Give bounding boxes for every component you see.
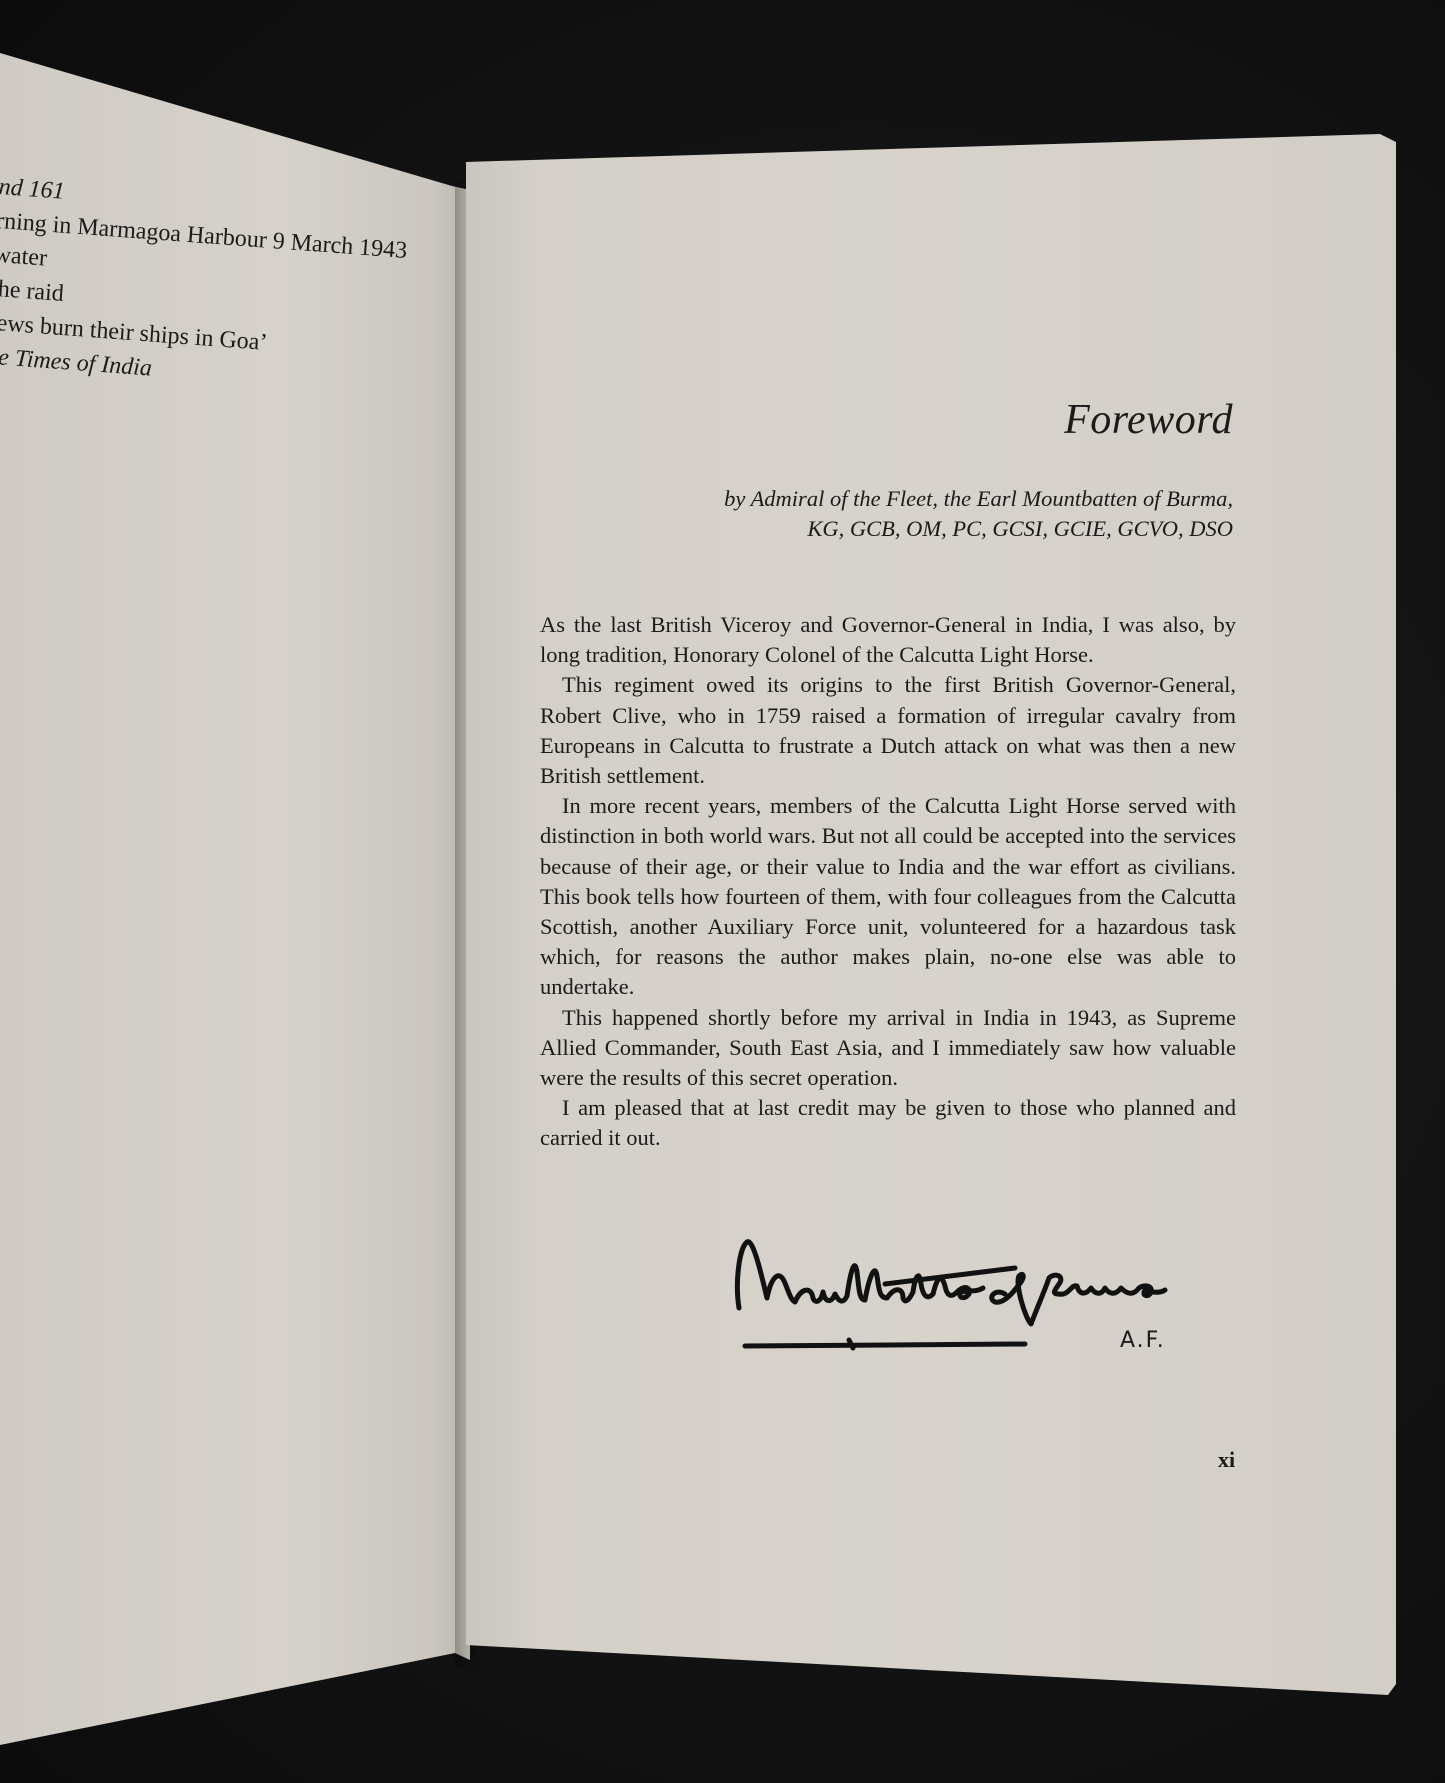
paragraph: This happened shortly before my arrival …: [540, 1003, 1236, 1094]
page-title: Foreword: [1064, 396, 1233, 444]
paragraph: This regiment owed its origins to the fi…: [540, 670, 1236, 791]
left-page: nd 161 rning in Marmagoa Harbour 9 March…: [0, 0, 470, 1783]
author-byline: by Admiral of the Fleet, the Earl Mountb…: [724, 484, 1233, 544]
foreword-body: As the last British Viceroy and Governor…: [540, 610, 1236, 1154]
signature-suffix: A.F.: [1120, 1328, 1166, 1353]
paragraph: In more recent years, members of the Cal…: [540, 791, 1236, 1002]
illustrations-list: nd 161 rning in Marmagoa Harbour 9 March…: [0, 170, 429, 405]
byline-line-1: by Admiral of the Fleet, the Earl Mountb…: [724, 484, 1233, 514]
signature-icon: [725, 1228, 1245, 1368]
paragraph: As the last British Viceroy and Governor…: [540, 610, 1236, 670]
byline-line-2: KG, GCB, OM, PC, GCSI, GCIE, GCVO, DSO: [724, 514, 1233, 544]
paragraph: I am pleased that at last credit may be …: [540, 1093, 1236, 1153]
page-number: xi: [1218, 1447, 1235, 1473]
